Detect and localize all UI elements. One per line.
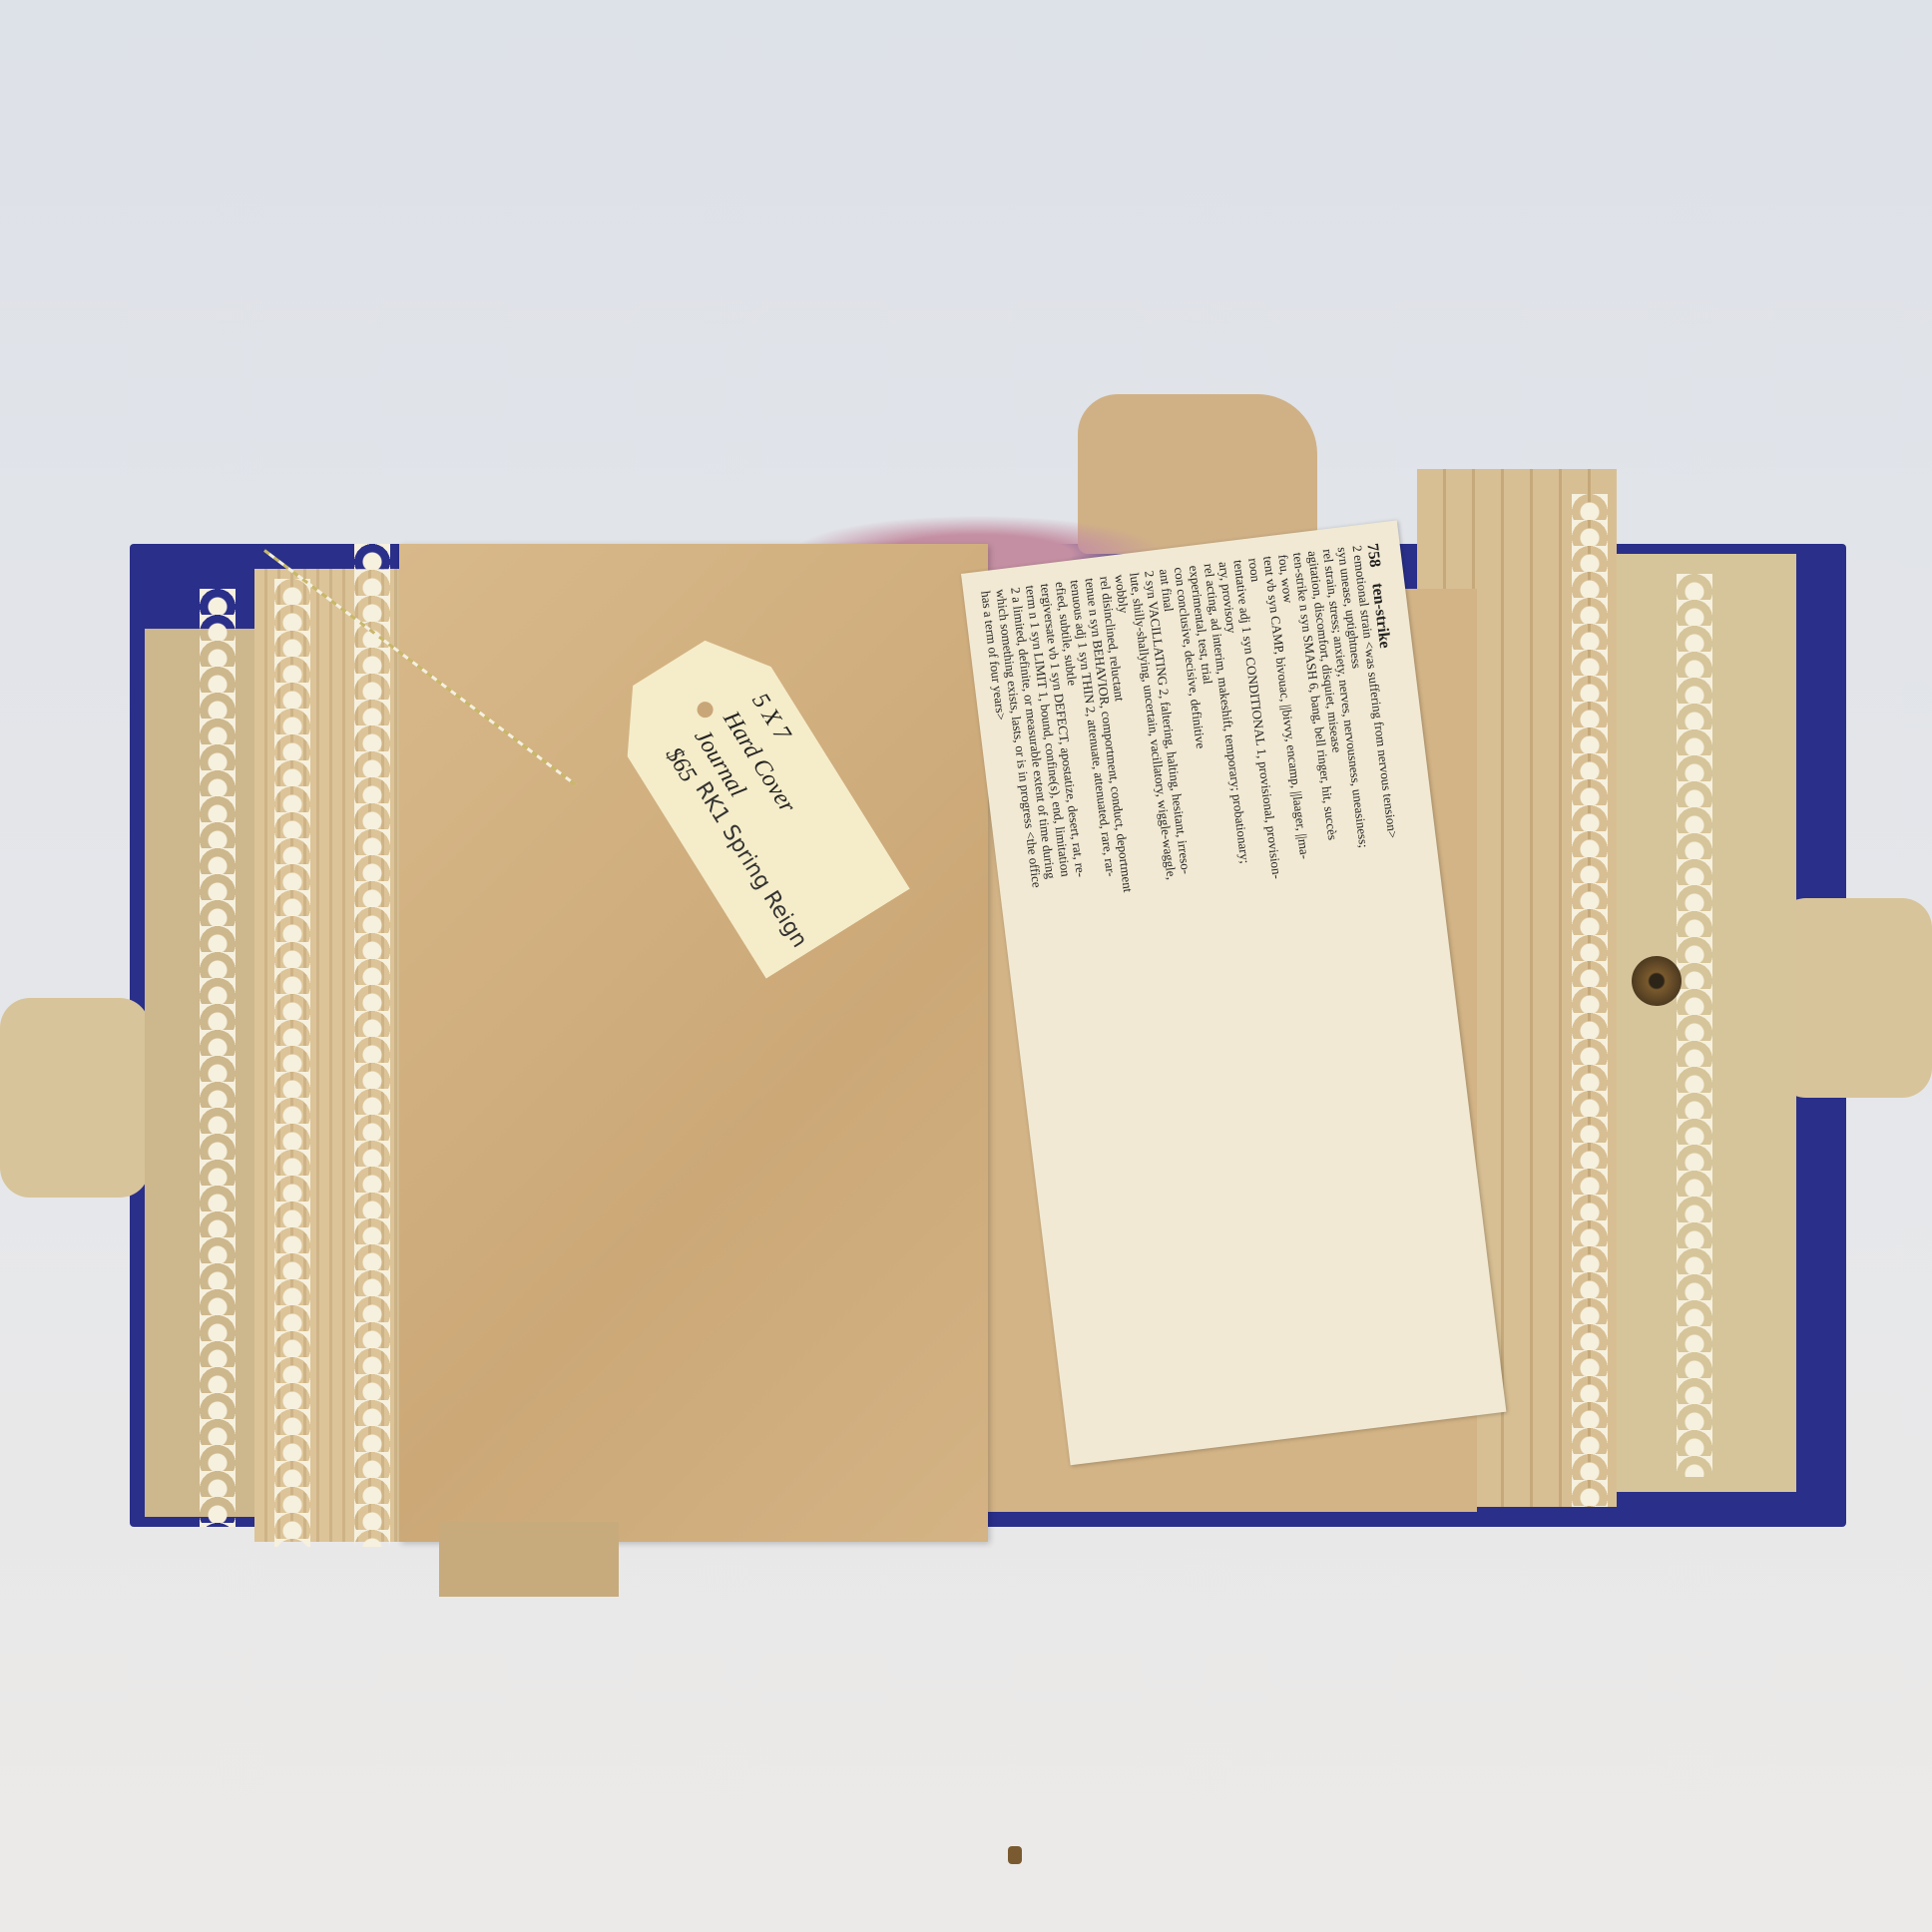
right-fabric-tab xyxy=(1776,898,1932,1098)
lace-trim xyxy=(1677,574,1712,1477)
tag-hole xyxy=(694,700,716,722)
metal-clasp xyxy=(1632,956,1682,1006)
left-fabric-tab xyxy=(0,998,150,1198)
lace-trim xyxy=(354,544,390,1547)
debris-speck xyxy=(1008,1846,1022,1864)
lace-trim xyxy=(200,589,236,1527)
lace-trim xyxy=(1572,494,1608,1507)
lace-trim xyxy=(274,579,310,1547)
bottom-ribbon xyxy=(439,1522,619,1597)
